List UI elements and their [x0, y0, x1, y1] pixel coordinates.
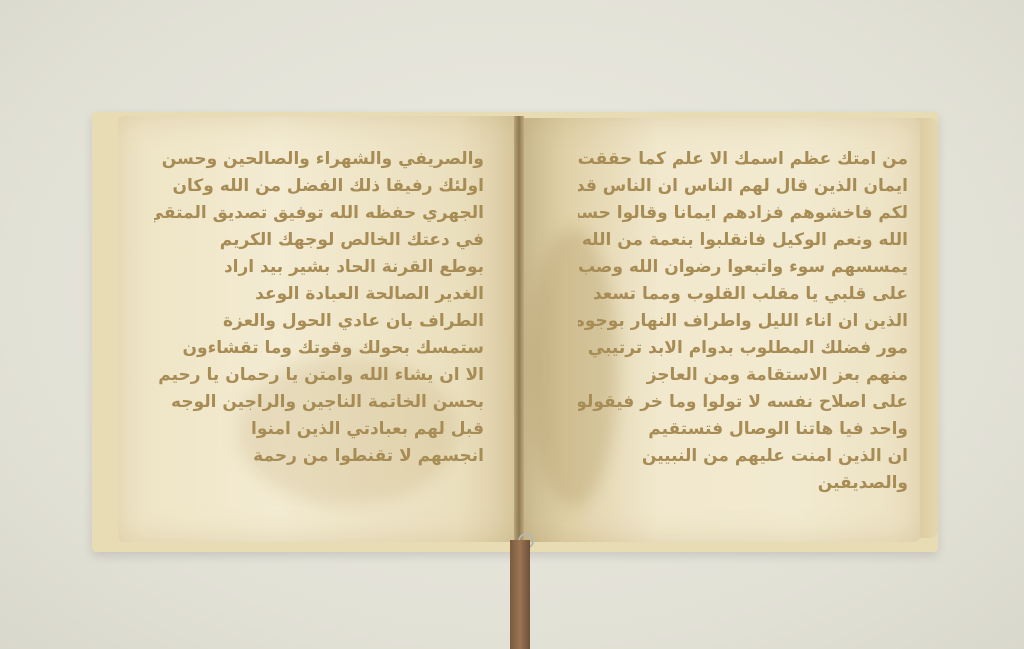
manuscript-line: الجهري حفظه الله توفيق تصديق المتقي: [154, 200, 484, 227]
left-page: والصريفي والشهراء والصالحين وحسن اولئك ر…: [118, 116, 520, 542]
manuscript-line: في دعتك الخالص لوجهك الكريم: [154, 227, 484, 254]
manuscript-line: والصديقين: [578, 470, 908, 497]
manuscript-line: على اصلاح نفسه لا تولوا وما خر فيقولوا: [578, 389, 908, 416]
manuscript-line: اولئك رفيقا ذلك الفضل من الله وكان: [154, 173, 484, 200]
manuscript-line: بوطع القرنة الحاد بشير بيد اراد: [154, 254, 484, 281]
manuscript-line: انجسهم لا تقنطوا من رحمة: [154, 443, 484, 470]
left-page-text: والصريفي والشهراء والصالحين وحسن اولئك ر…: [154, 146, 484, 470]
manuscript-line: ستمسك بحولك وقوتك وما تقشاءون: [154, 335, 484, 362]
manuscript-line: واحد فيا هاتنا الوصال فتستقيم: [578, 416, 908, 443]
manuscript-line: والصريفي والشهراء والصالحين وحسن: [154, 146, 484, 173]
manuscript-line: لكم فاخشوهم فزادهم ايمانا وقالوا حسبنا: [578, 200, 908, 227]
manuscript-line: من امتك عظم اسمك الا علم كما حققت: [578, 146, 908, 173]
manuscript-line: الا ان يشاء الله وامتن يا رحمان يا رحيم: [154, 362, 484, 389]
manuscript-line: على قلبي يا مقلب القلوب ومما تسعد: [578, 281, 908, 308]
right-page: من امتك عظم اسمك الا علم كما حققت ايمان …: [518, 118, 920, 542]
manuscript-line: ايمان الذين قال لهم الناس ان الناس قد جم…: [578, 173, 908, 200]
manuscript-line: الله ونعم الوكيل فانقلبوا بنعمة من الله …: [578, 227, 908, 254]
manuscript-line: الذين ان اناء الليل واطراف النهار بوجوه: [578, 308, 908, 335]
right-page-text: من امتك عظم اسمك الا علم كما حققت ايمان …: [578, 146, 908, 497]
manuscript-line: منهم بعز الاستقامة ومن العاجز: [578, 362, 908, 389]
book-spine-gutter: [514, 116, 524, 544]
manuscript-line: قبل لهم بعبادتي الذين امنوا: [154, 416, 484, 443]
manuscript-line: الغدير الصالحة العبادة الوعد: [154, 281, 484, 308]
manuscript-line: الطراف بان عادي الحول والعزة: [154, 308, 484, 335]
manuscript-line: بحسن الخاتمة الناجين والراجين الوجه: [154, 389, 484, 416]
manuscript-line: يمسسهم سوء واتبعوا رضوان الله وصب: [578, 254, 908, 281]
manuscript-line: مور فضلك المطلوب بدوام الابد ترتيبي: [578, 335, 908, 362]
manuscript-line: ان الذين امنت عليهم من النبيين: [578, 443, 908, 470]
bookmark-ribbon: [510, 540, 530, 649]
